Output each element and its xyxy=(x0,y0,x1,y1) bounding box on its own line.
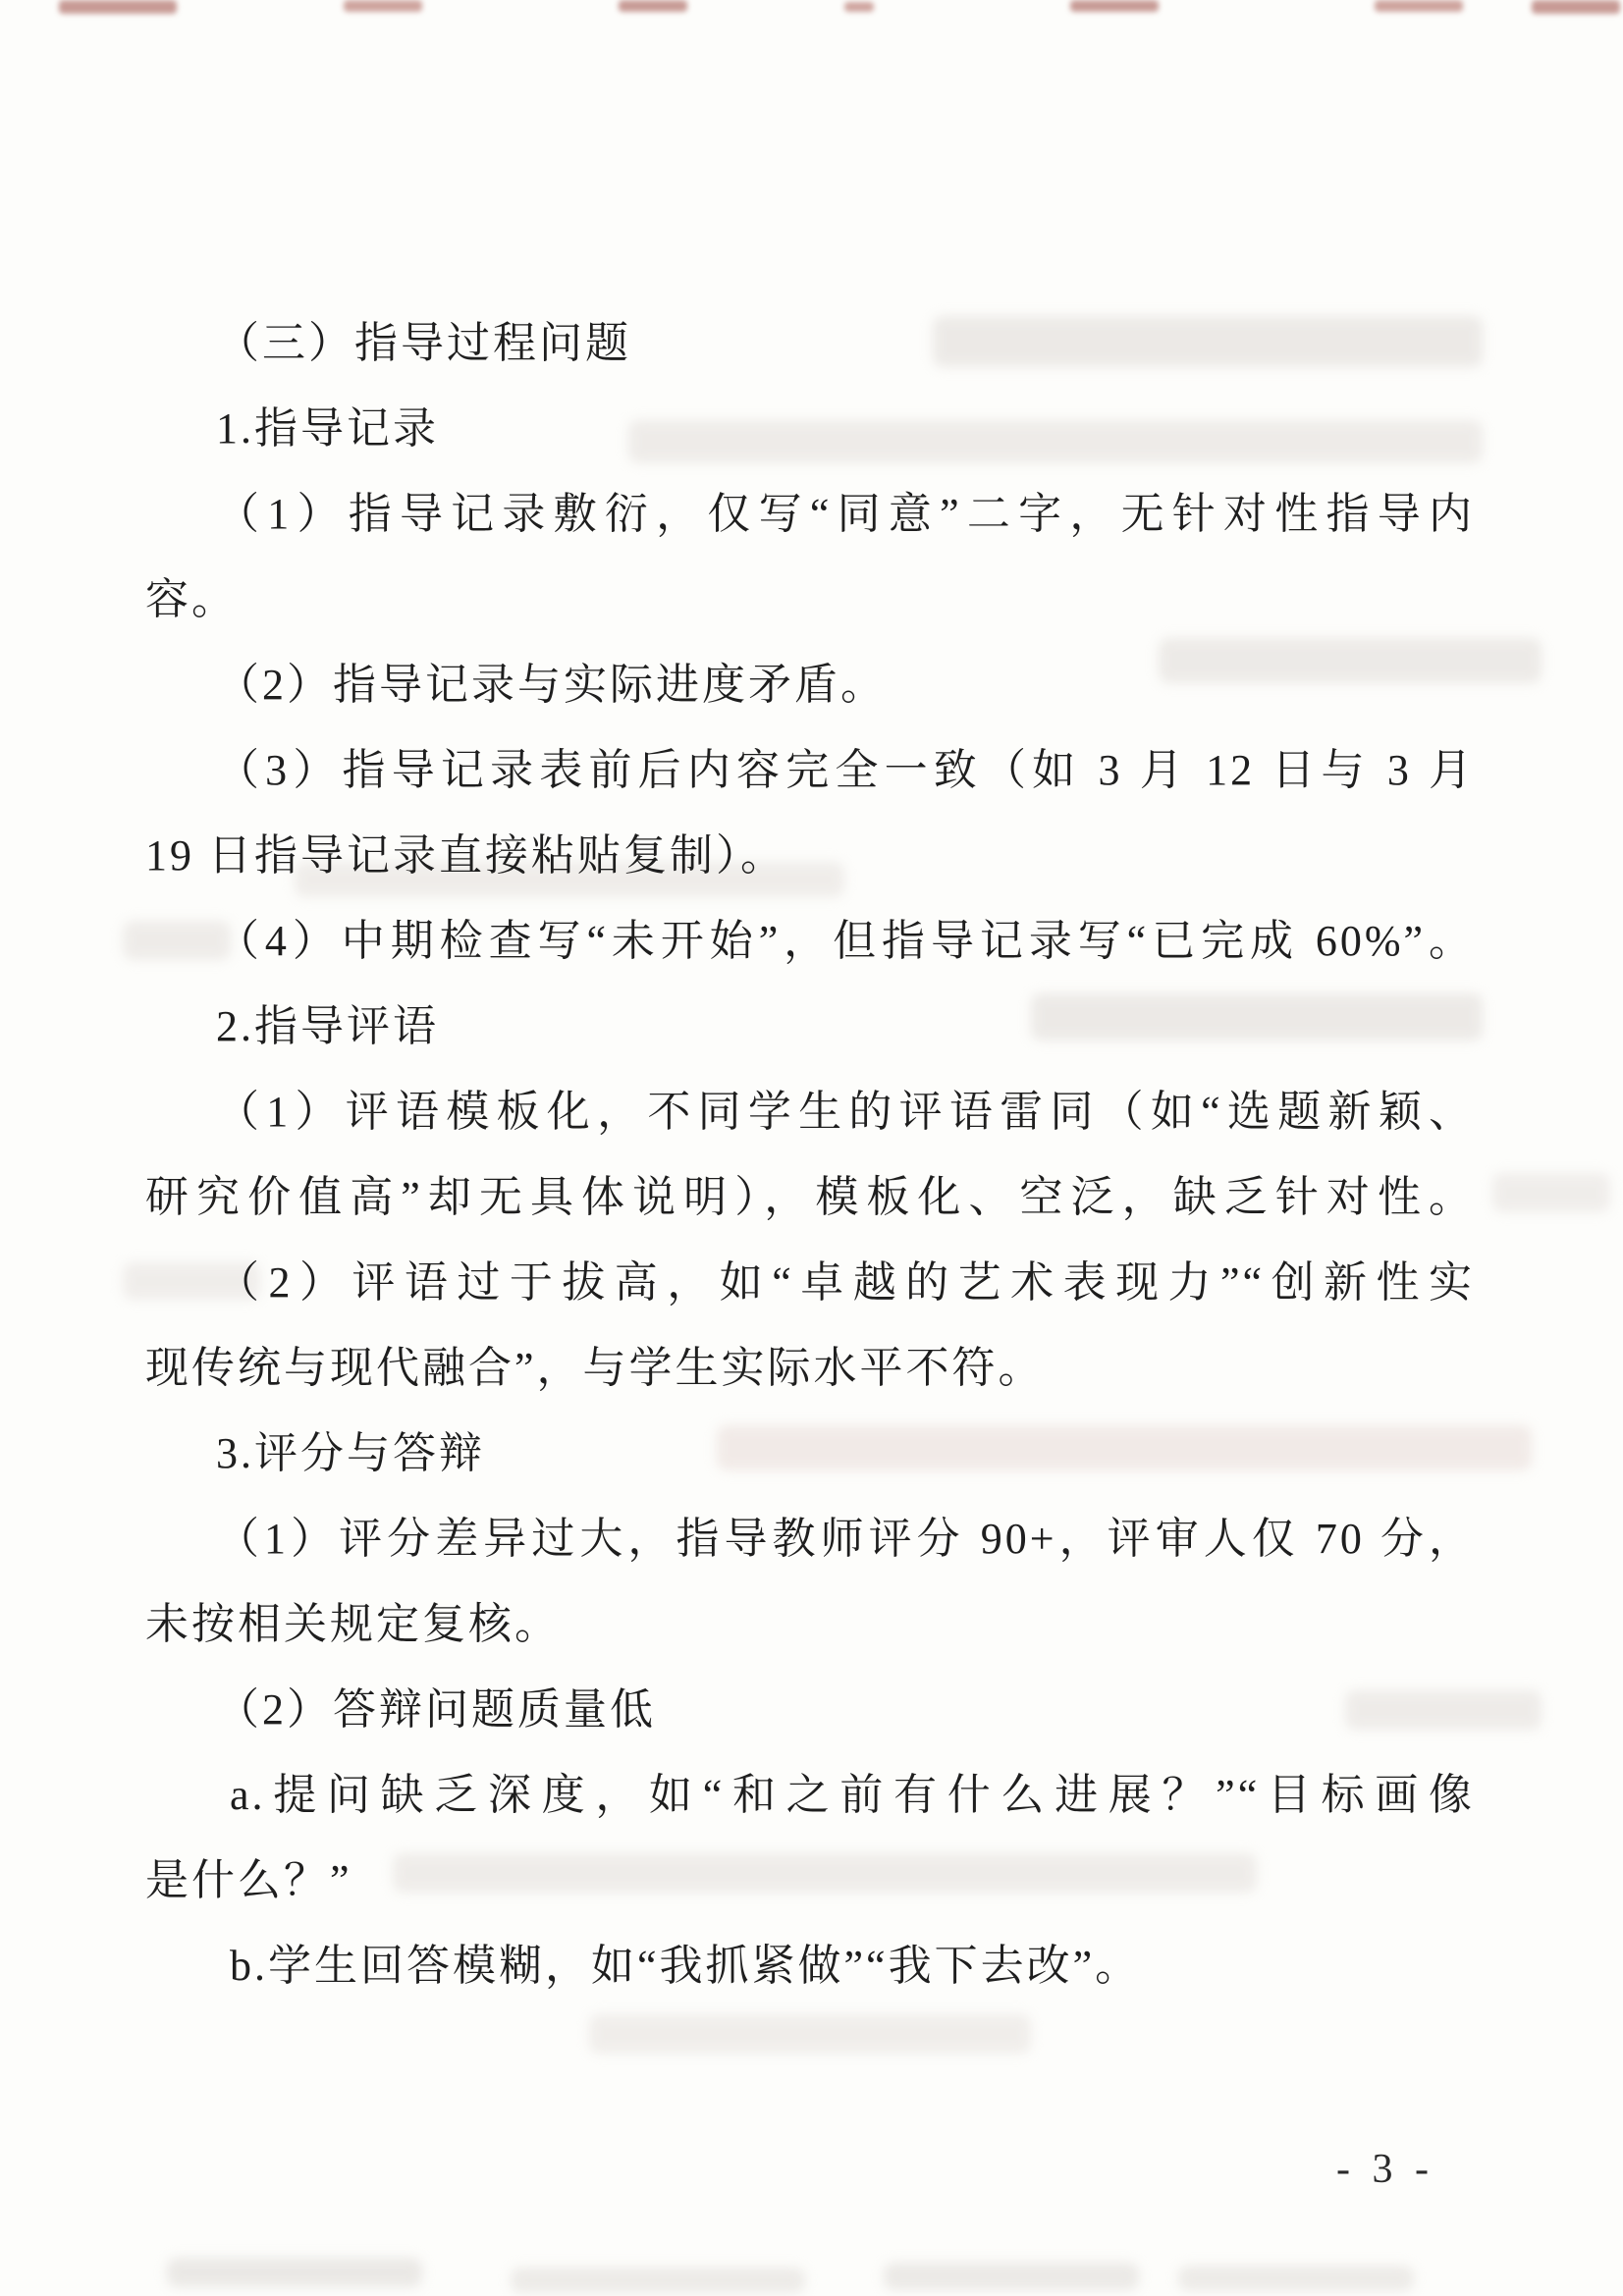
text-line: （4）中期检查写“未开始”，但指导记录写“已完成 60%”。 xyxy=(145,898,1475,984)
document-body: （三）指导过程问题1.指导记录（1）指导记录敷衍，仅写“同意”二字，无针对性指导… xyxy=(145,300,1475,2008)
bleed-through-smudge xyxy=(1492,1173,1610,1212)
text-line: 现传统与现代融合”，与学生实际水平不符。 xyxy=(145,1325,1475,1411)
scan-artifact xyxy=(344,0,422,12)
text-line: （1）评语模板化，不同学生的评语雷同（如“选题新颖、 xyxy=(145,1069,1475,1154)
scan-artifact xyxy=(1532,0,1620,14)
bleed-through-smudge xyxy=(884,2263,1139,2290)
text-line: （2）答辩问题质量低 xyxy=(145,1667,1475,1752)
text-line: 3.评分与答辩 xyxy=(145,1411,1475,1496)
bleed-through-smudge xyxy=(589,2014,1031,2054)
text-line: b.学生回答模糊，如“我抓紧做”“我下去改”。 xyxy=(145,1923,1475,2008)
text-line: 研究价值高”却无具体说明），模板化、空泛，缺乏针对性。 xyxy=(145,1154,1475,1240)
page-number: - 3 - xyxy=(1336,2146,1434,2193)
text-line: 未按相关规定复核。 xyxy=(145,1581,1475,1667)
scan-artifact xyxy=(619,0,687,12)
bleed-through-smudge xyxy=(1178,2266,1414,2291)
text-line: 1.指导记录 xyxy=(145,386,1475,471)
text-line: a.提问缺乏深度，如“和之前有什么进展？”“目标画像 xyxy=(145,1752,1475,1838)
text-line: （2）指导记录与实际进度矛盾。 xyxy=(145,642,1475,727)
bleed-through-smudge xyxy=(167,2258,422,2287)
scan-artifact xyxy=(1070,0,1159,12)
text-line: 是什么？” xyxy=(145,1838,1475,1923)
text-line: （3）指导记录表前后内容完全一致（如 3 月 12 日与 3 月 xyxy=(145,727,1475,813)
scan-artifact xyxy=(844,2,874,12)
text-line: （三）指导过程问题 xyxy=(145,300,1475,386)
text-line: 19 日指导记录直接粘贴复制）。 xyxy=(145,813,1475,898)
document-page: （三）指导过程问题1.指导记录（1）指导记录敷衍，仅写“同意”二字，无针对性指导… xyxy=(0,0,1623,2296)
text-line: 2.指导评语 xyxy=(145,984,1475,1069)
scan-artifact xyxy=(1375,0,1463,12)
text-line: （1）指导记录敷衍，仅写“同意”二字，无针对性指导内 xyxy=(145,471,1475,557)
text-line: （1）评分差异过大，指导教师评分 90+，评审人仅 70 分， xyxy=(145,1496,1475,1581)
bleed-through-smudge xyxy=(511,2268,805,2293)
text-line: 容。 xyxy=(145,557,1475,642)
text-line: （2）评语过于拔高，如“卓越的艺术表现力”“创新性实 xyxy=(145,1240,1475,1325)
scan-artifact xyxy=(59,0,177,14)
